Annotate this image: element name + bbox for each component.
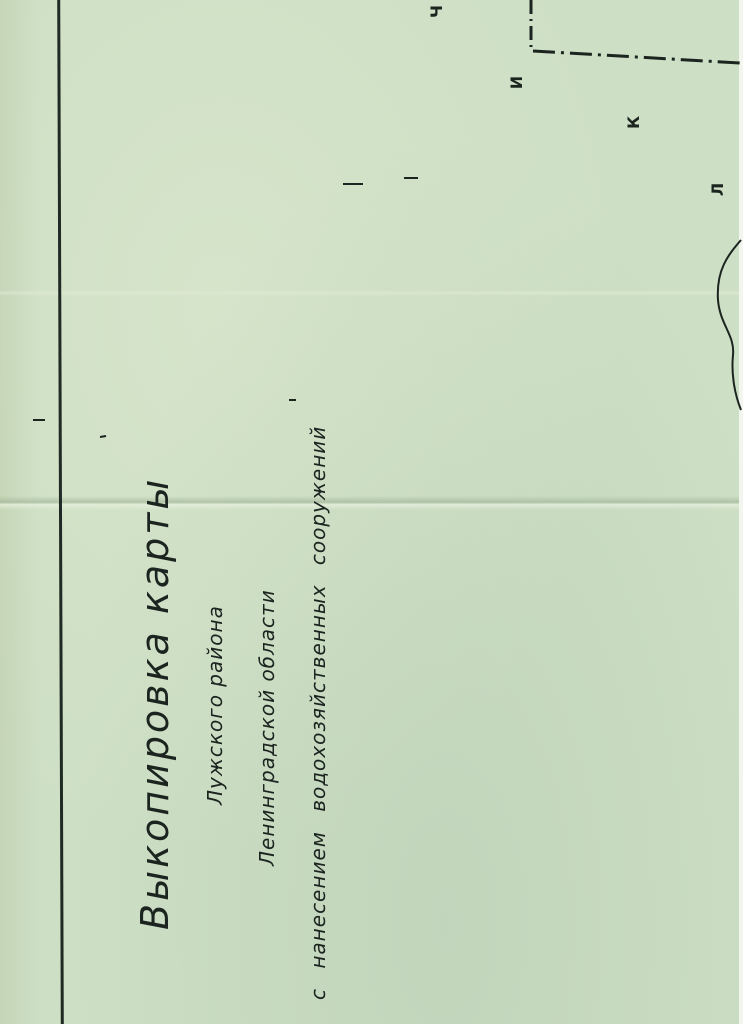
- boundary-line: [531, 0, 740, 63]
- river-contour: [718, 240, 741, 410]
- map-label: Л: [708, 183, 727, 196]
- map-label: Ч: [427, 5, 446, 18]
- map-label: К: [624, 116, 643, 129]
- tick-mark: [100, 436, 106, 437]
- map-label: И: [507, 76, 526, 89]
- map-fragment: [0, 0, 743, 1024]
